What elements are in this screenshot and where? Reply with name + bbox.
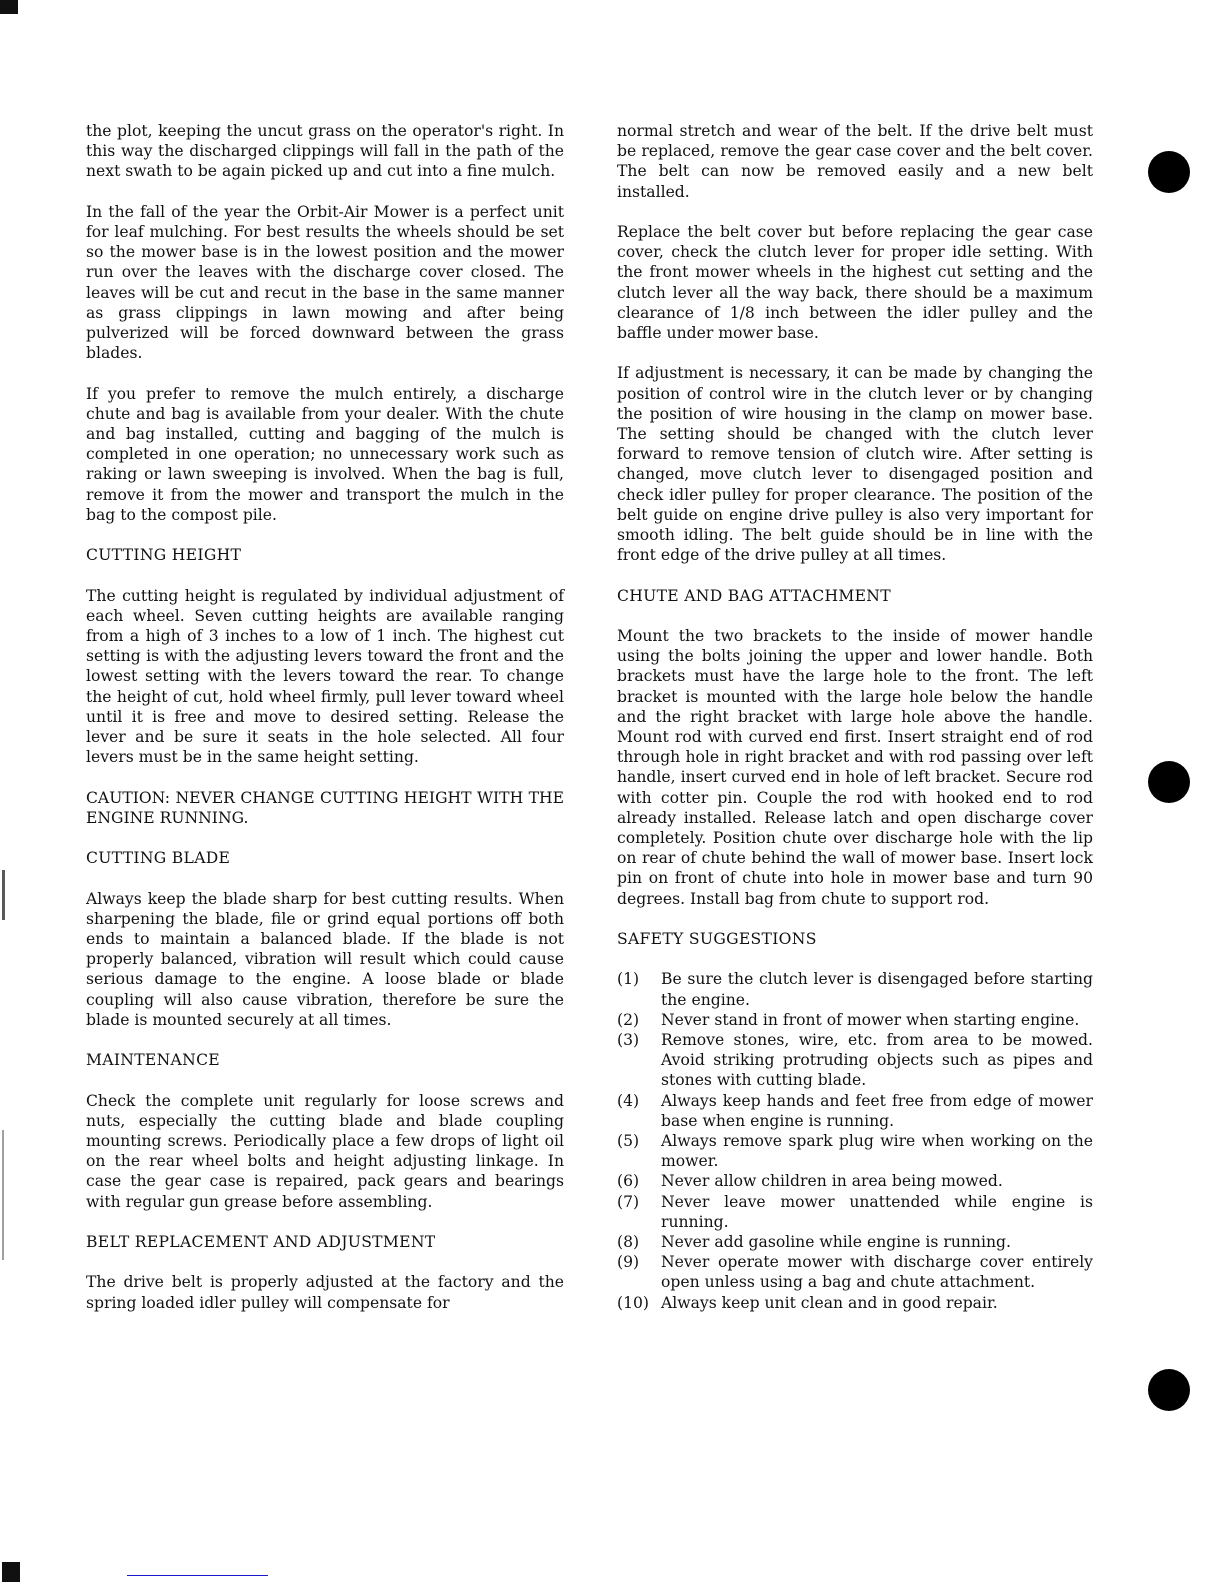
safety-item: (10)Always keep unit clean and in good r… (617, 1293, 1093, 1313)
punch-hole-bottom (1148, 1369, 1190, 1411)
safety-item-text: Never operate mower with discharge cover… (661, 1252, 1093, 1292)
safety-item: (5)Always remove spark plug wire when wo… (617, 1131, 1093, 1171)
scan-edge-speck (2, 870, 5, 920)
left-column: the plot, keeping the uncut grass on the… (86, 121, 564, 1333)
safety-item: (9)Never operate mower with discharge co… (617, 1252, 1093, 1292)
safety-item-text: Never allow children in area being mowed… (661, 1171, 1093, 1191)
right-column: normal stretch and wear of the belt. If … (617, 121, 1093, 1313)
safety-list: (1)Be sure the clutch lever is disengage… (617, 969, 1093, 1312)
heading-chute-bag: CHUTE AND BAG ATTACHMENT (617, 586, 1093, 606)
safety-item-text: Always keep hands and feet free from edg… (661, 1091, 1093, 1131)
paragraph-adjustment: If adjustment is necessary, it can be ma… (617, 363, 1093, 565)
safety-item: (8)Never add gasoline while engine is ru… (617, 1232, 1093, 1252)
safety-item-text: Remove stones, wire, etc. from area to b… (661, 1030, 1093, 1091)
heading-cutting-height: CUTTING HEIGHT (86, 545, 564, 565)
safety-item-text: Never stand in front of mower when start… (661, 1010, 1093, 1030)
punch-hole-middle (1148, 761, 1190, 803)
heading-safety: SAFETY SUGGESTIONS (617, 929, 1093, 949)
paragraph-belt-cover: Replace the belt cover but before replac… (617, 222, 1093, 343)
paragraph-belt-replace: normal stretch and wear of the belt. If … (617, 121, 1093, 202)
scan-corner-mark (0, 0, 18, 14)
scan-bottom-corner-mark (2, 1562, 20, 1582)
safety-item-text: Always remove spark plug wire when worki… (661, 1131, 1093, 1171)
safety-item: (6)Never allow children in area being mo… (617, 1171, 1093, 1191)
paragraph-mulch-path: the plot, keeping the uncut grass on the… (86, 121, 564, 182)
paragraph-cutting-blade: Always keep the blade sharp for best cut… (86, 889, 564, 1030)
safety-item-number: (4) (617, 1091, 661, 1131)
scan-edge-speck (2, 1130, 4, 1260)
safety-item: (3)Remove stones, wire, etc. from area t… (617, 1030, 1093, 1091)
paragraph-chute-bag: If you prefer to remove the mulch entire… (86, 384, 564, 525)
safety-item-number: (9) (617, 1252, 661, 1292)
heading-maintenance: MAINTENANCE (86, 1050, 564, 1070)
safety-item: (7)Never leave mower unattended while en… (617, 1192, 1093, 1232)
safety-item-text: Be sure the clutch lever is disengaged b… (661, 969, 1093, 1009)
footer-rule (127, 1575, 268, 1576)
safety-item-text: Never add gasoline while engine is runni… (661, 1232, 1093, 1252)
safety-item: (2)Never stand in front of mower when st… (617, 1010, 1093, 1030)
paragraph-chute-bag-attachment: Mount the two brackets to the inside of … (617, 626, 1093, 909)
caution-notice: CAUTION: NEVER CHANGE CUTTING HEIGHT WIT… (86, 788, 564, 828)
safety-item: (1)Be sure the clutch lever is disengage… (617, 969, 1093, 1009)
safety-item-number: (3) (617, 1030, 661, 1091)
paragraph-leaf-mulching: In the fall of the year the Orbit-Air Mo… (86, 202, 564, 364)
safety-item-number: (1) (617, 969, 661, 1009)
paragraph-belt-intro: The drive belt is properly adjusted at t… (86, 1272, 564, 1312)
heading-belt-replacement: BELT REPLACEMENT AND ADJUSTMENT (86, 1232, 564, 1252)
safety-item-number: (6) (617, 1171, 661, 1191)
heading-cutting-blade: CUTTING BLADE (86, 848, 564, 868)
paragraph-maintenance: Check the complete unit regularly for lo… (86, 1091, 564, 1212)
safety-item-number: (8) (617, 1232, 661, 1252)
safety-item-number: (5) (617, 1131, 661, 1171)
safety-item-number: (7) (617, 1192, 661, 1232)
safety-item-number: (10) (617, 1293, 661, 1313)
safety-item-number: (2) (617, 1010, 661, 1030)
punch-hole-top (1148, 151, 1190, 193)
paragraph-cutting-height: The cutting height is regulated by indiv… (86, 586, 564, 768)
safety-item: (4)Always keep hands and feet free from … (617, 1091, 1093, 1131)
safety-item-text: Never leave mower unattended while engin… (661, 1192, 1093, 1232)
safety-item-text: Always keep unit clean and in good repai… (661, 1293, 1093, 1313)
